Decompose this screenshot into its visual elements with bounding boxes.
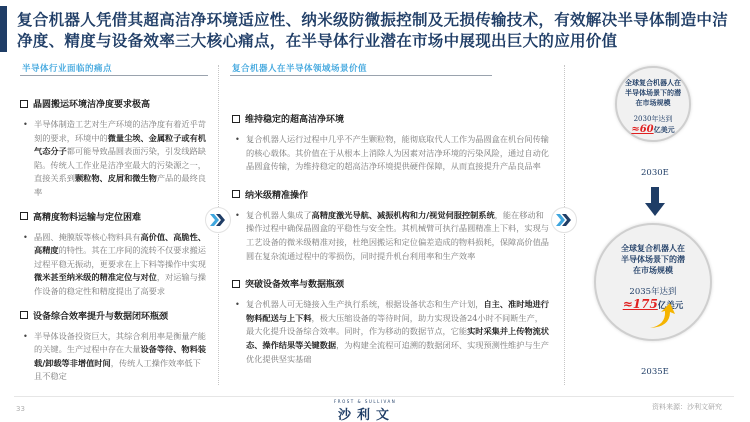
checkbox-icon xyxy=(20,100,28,108)
value-underline xyxy=(230,75,492,76)
pain-point-1: 晶圆搬运环境洁净度要求极高 • 半导体制造工艺对生产环境的洁净度有着近乎苛刻的要… xyxy=(20,97,208,200)
value-column: 维持稳定的超高洁净环境 • 复合机器人运行过程中几乎不产生颗粒物，能彻底取代人工… xyxy=(232,112,550,376)
bullet-icon: • xyxy=(20,330,34,384)
pain-point-3: 设备综合效率提升与数据闭环瓶颈 • 半导体设备投资巨大，其综合利用率是衡量产能的… xyxy=(20,309,208,384)
title-accent-bar xyxy=(0,6,7,52)
company-logo: 沙利文 xyxy=(338,404,395,422)
checkbox-icon xyxy=(232,190,240,198)
growth-arrow-icon xyxy=(648,303,676,329)
value-text: 复合机器人集成了高精度激光导航、减振机构和力/视觉伺服控制系统，能在移动和操作过… xyxy=(246,209,550,263)
value-item-1: 维持稳定的超高洁净环境 • 复合机器人运行过程中几乎不产生颗粒物，能彻底取代人工… xyxy=(232,112,550,174)
pain-point-text: 半导体制造工艺对生产环境的洁净度有着近乎苛刻的要求，环境中的微量尘埃、金属粒子或… xyxy=(34,118,208,200)
bullet-icon: • xyxy=(232,298,246,366)
page-number: 33 xyxy=(16,405,25,413)
double-chevron-right-icon xyxy=(556,214,572,226)
bullet-icon: • xyxy=(232,133,246,174)
double-chevron-right-icon xyxy=(210,214,226,226)
checkbox-icon xyxy=(232,115,240,123)
pain-points-heading: 半导体行业面临的痛点 xyxy=(22,62,112,74)
bullet-icon: • xyxy=(20,231,34,299)
market-circle-2035: 全球复合机器人在 半导体场景下的潜 在市场规模 2035年达到 ≈175亿美元 xyxy=(594,223,712,341)
market-circle-2030: 全球复合机器人在 半导体场景下的潜 在市场规模 2030年达到 ≈60亿美元 xyxy=(615,66,691,142)
year-label-2035: 2035E xyxy=(641,367,669,377)
bullet-icon: • xyxy=(20,118,34,200)
value-heading: 复合机器人在半导体领域场景价值 xyxy=(232,62,367,74)
value-title: 维持稳定的超高洁净环境 xyxy=(245,112,344,125)
checkbox-icon xyxy=(232,280,240,288)
value-item-2: 纳米级精准操作 • 复合机器人集成了高精度激光导航、减振机构和力/视觉伺服控制系… xyxy=(232,188,550,263)
arrow-down-icon xyxy=(645,187,665,217)
page-title: 复合机器人凭借其超高洁净环境适应性、纳米级防微振控制及无损传输技术，有效解决半导… xyxy=(17,9,742,51)
source-note: 资料来源：沙利文研究 xyxy=(652,402,722,412)
pain-point-title: 晶圆搬运环境洁净度要求极高 xyxy=(33,97,150,110)
value-title: 纳米级精准操作 xyxy=(245,188,308,201)
pain-point-text: 晶圆、掩膜版等核心物料具有高价值、高脆性、高精度的特性。其在工序间的流转不仅要求… xyxy=(34,231,208,299)
pain-points-underline xyxy=(20,75,208,76)
pain-point-title: 高精度物料运输与定位困难 xyxy=(33,210,141,223)
value-text: 复合机器人运行过程中几乎不产生颗粒物，能彻底取代人工作为晶圆盒在机台间传输的核心… xyxy=(246,133,550,174)
chevron-connector-left xyxy=(205,207,231,233)
chevron-connector-right xyxy=(551,207,577,233)
footer-divider xyxy=(14,396,734,397)
checkbox-icon xyxy=(20,212,28,220)
value-item-3: 突破设备效率与数据瓶颈 • 复合机器人可无缝接入生产执行系统，根据设备状态和生产… xyxy=(232,277,550,366)
year-label-2030: 2030E xyxy=(641,168,669,178)
pain-points-column: 晶圆搬运环境洁净度要求极高 • 半导体制造工艺对生产环境的洁净度有着近乎苛刻的要… xyxy=(20,97,208,394)
pain-point-text: 半导体设备投资巨大，其综合利用率是衡量产能的关键。生产过程中存在大量设备等待、物… xyxy=(34,330,208,384)
pain-point-title: 设备综合效率提升与数据闭环瓶颈 xyxy=(33,309,168,322)
checkbox-icon xyxy=(20,311,28,319)
bullet-icon: • xyxy=(232,209,246,263)
market-value-2030: ≈60 xyxy=(631,124,653,135)
pain-point-2: 高精度物料运输与定位困难 • 晶圆、掩膜版等核心物料具有高价值、高脆性、高精度的… xyxy=(20,210,208,299)
value-text: 复合机器人可无缝接入生产执行系统，根据设备状态和生产计划，自主、准时地进行物料配… xyxy=(246,298,550,366)
value-title: 突破设备效率与数据瓶颈 xyxy=(245,277,344,290)
